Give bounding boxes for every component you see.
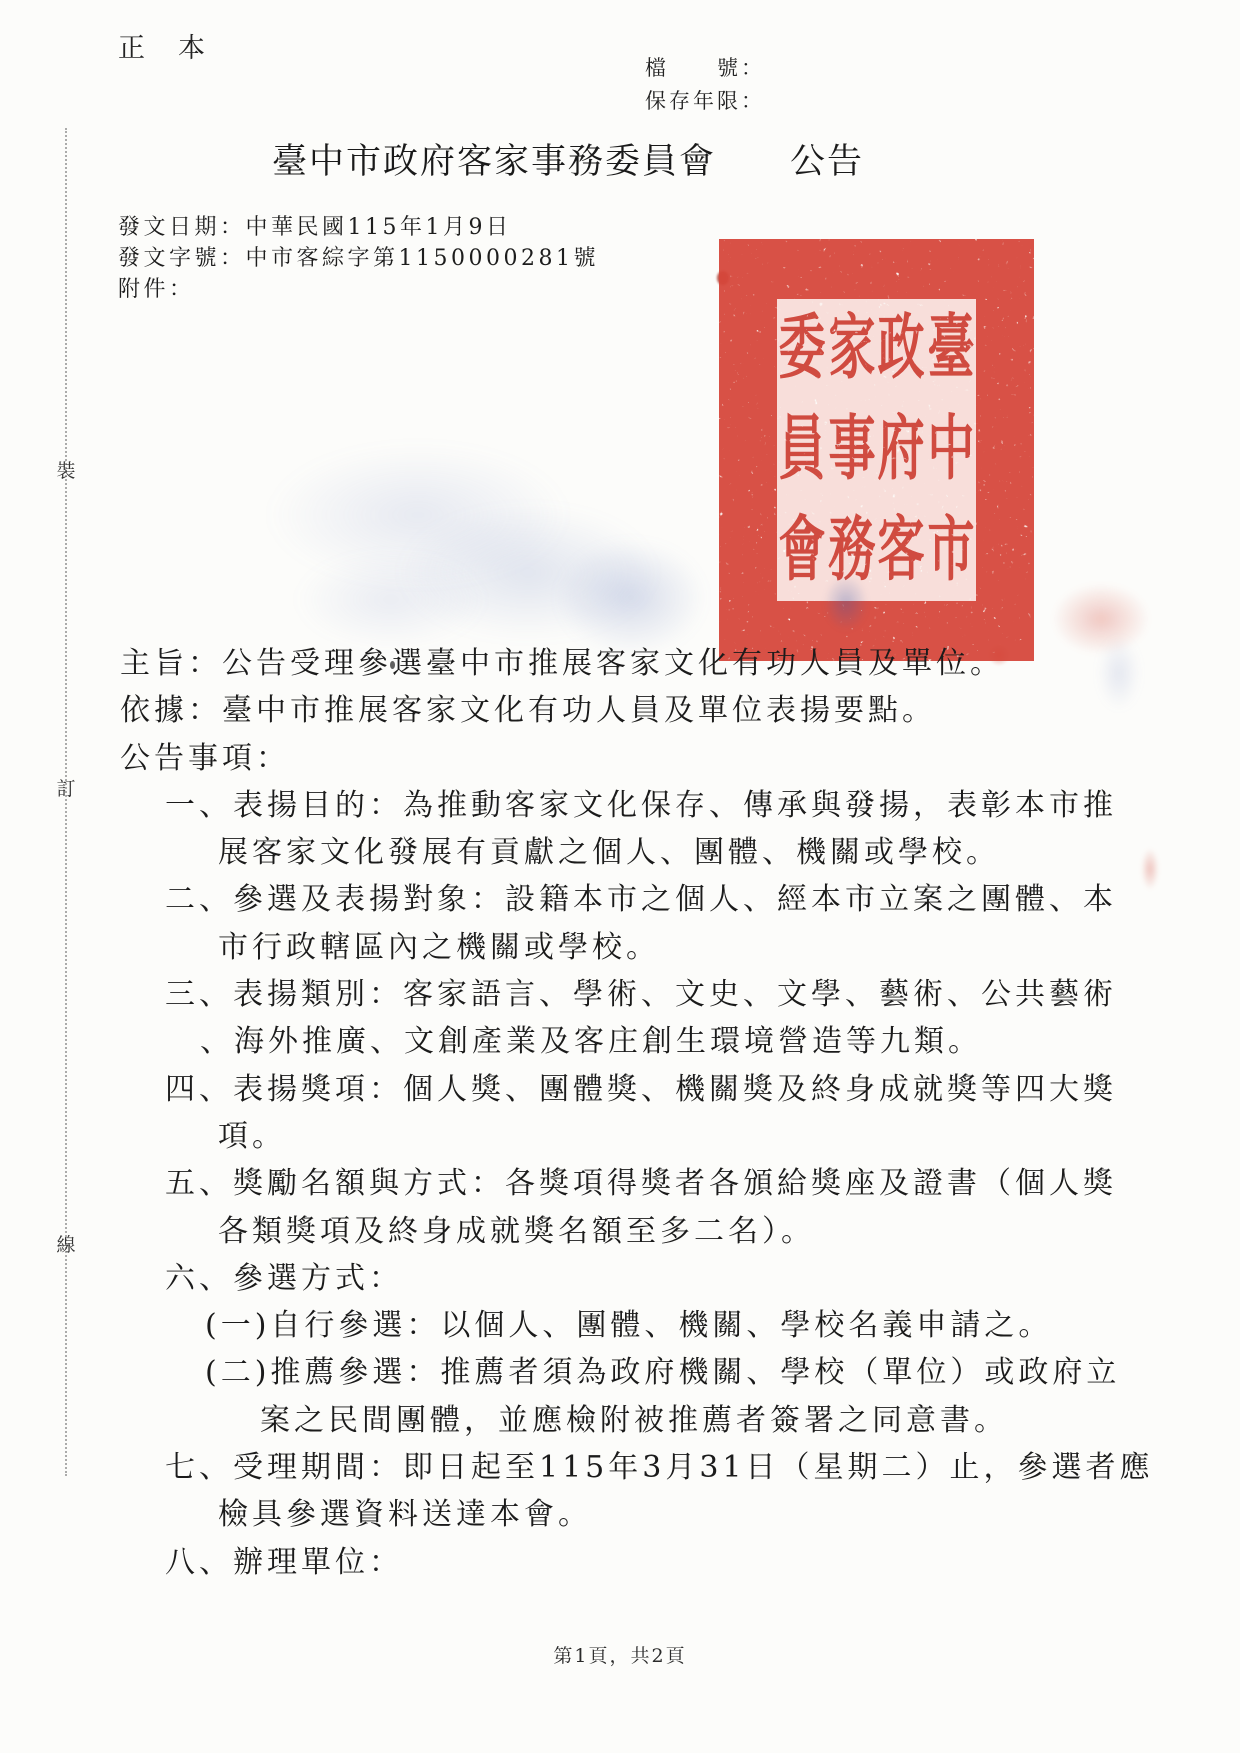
seal-character: 家: [829, 307, 876, 389]
binding-mark-zhuang: 裝: [54, 456, 78, 483]
body-line-item8: 八、辦理單位：: [165, 1539, 1180, 1586]
body-line: 展客家文化發展有貢獻之個人、團體、機關或學校。: [218, 829, 1180, 876]
attachment-line: 附件：: [118, 274, 599, 305]
body-line-item3: 三、表揚類別：客家語言、學術、文史、文學、藝術、公共藝術: [165, 971, 1180, 1018]
body-line-item2: 二、參選及表揚對象：設籍本市之個人、經本市立案之團體、本: [165, 876, 1180, 923]
document-title: 臺中市政府客家事務委員會 公告: [272, 134, 864, 184]
body-line-basis: 依據：臺中市推展客家文化有功人員及單位表揚要點。: [120, 687, 1180, 734]
body-line-item6: 六、參選方式：: [165, 1255, 1180, 1302]
file-number-label: 檔 號：: [645, 52, 765, 85]
issue-date-line: 發文日期：中華民國115年1月9日: [118, 212, 599, 243]
ink-smudge: [398, 505, 658, 640]
seal-character: 臺: [928, 307, 975, 389]
ink-smudge: [556, 540, 706, 655]
binding-mark-xian: 線: [54, 1230, 78, 1257]
body-line: 案之民間團體，並應檢附被推薦者簽署之同意書。: [260, 1397, 1180, 1444]
document-page: 正 本 檔 號： 保存年限： 臺中市政府客家事務委員會 公告 發文日期：中華民國…: [0, 0, 1240, 1753]
seal-character: 客: [878, 509, 925, 591]
seal-character: 委: [779, 307, 826, 389]
body-line: 項。: [218, 1113, 1180, 1160]
copy-type-label: 正 本: [118, 26, 208, 65]
body-line-item1: 一、表揚目的：為推動客家文化保存、傳承與發揚，表彰本市推: [165, 782, 1180, 829]
body-line-subject: 主旨：公告受理參選臺中市推展客家文化有功人員及單位。: [120, 640, 1180, 687]
body-line: 各類獎項及終身成就獎名額至多二名）。: [218, 1208, 1180, 1255]
seal-character: 政: [878, 307, 925, 389]
ink-smudge: [268, 445, 568, 585]
body-line-item5: 五、獎勵名額與方式：各獎項得獎者各頒給獎座及證書（個人獎: [165, 1160, 1180, 1207]
body-line-item6-2: (二)推薦參選：推薦者須為政府機關、學校（單位）或政府立: [205, 1349, 1180, 1396]
file-info-block: 檔 號： 保存年限：: [645, 52, 765, 118]
seal-character: 市: [928, 509, 975, 591]
issue-meta-block: 發文日期：中華民國115年1月9日 發文字號：中市客綜字第1150000281號…: [118, 212, 599, 305]
body-line: 檢具參選資料送達本會。: [218, 1491, 1180, 1538]
announcement-body: 主旨：公告受理參選臺中市推展客家文化有功人員及單位。 依據：臺中市推展客家文化有…: [120, 640, 1180, 1586]
body-line: 市行政轄區內之機關或學校。: [218, 924, 1180, 971]
body-line-heading: 公告事項：: [120, 735, 1180, 782]
retention-period-label: 保存年限：: [645, 85, 765, 118]
seal-character: 中: [928, 408, 975, 490]
binding-mark-ding: 訂: [54, 774, 78, 801]
body-line-item7: 七、受理期間：即日起至115年3月31日（星期二）止，參選者應: [165, 1444, 1180, 1491]
body-line: 、海外推廣、文創產業及客庄創生環境營造等九類。: [200, 1018, 1180, 1065]
seal-character: 員: [779, 408, 826, 490]
doc-number-line: 發文字號：中市客綜字第1150000281號: [118, 243, 599, 274]
seal-character: 事: [829, 408, 876, 490]
official-seal: 臺 中 市 政 府 客 家 事 務 委 員 會: [719, 239, 1034, 661]
body-line-item6-1: (一)自行參選：以個人、團體、機關、學校名義申請之。: [205, 1302, 1180, 1349]
page-footer: 第1頁，共2頁: [0, 1641, 1240, 1668]
ink-smudge: [296, 552, 486, 647]
body-line-item4: 四、表揚獎項：個人獎、團體獎、機關獎及終身成就獎等四大獎: [165, 1066, 1180, 1113]
seal-character: 府: [878, 408, 925, 490]
seal-character: 務: [828, 509, 876, 591]
binding-dotted-line: [65, 128, 67, 1476]
seal-character: 會: [779, 509, 826, 591]
